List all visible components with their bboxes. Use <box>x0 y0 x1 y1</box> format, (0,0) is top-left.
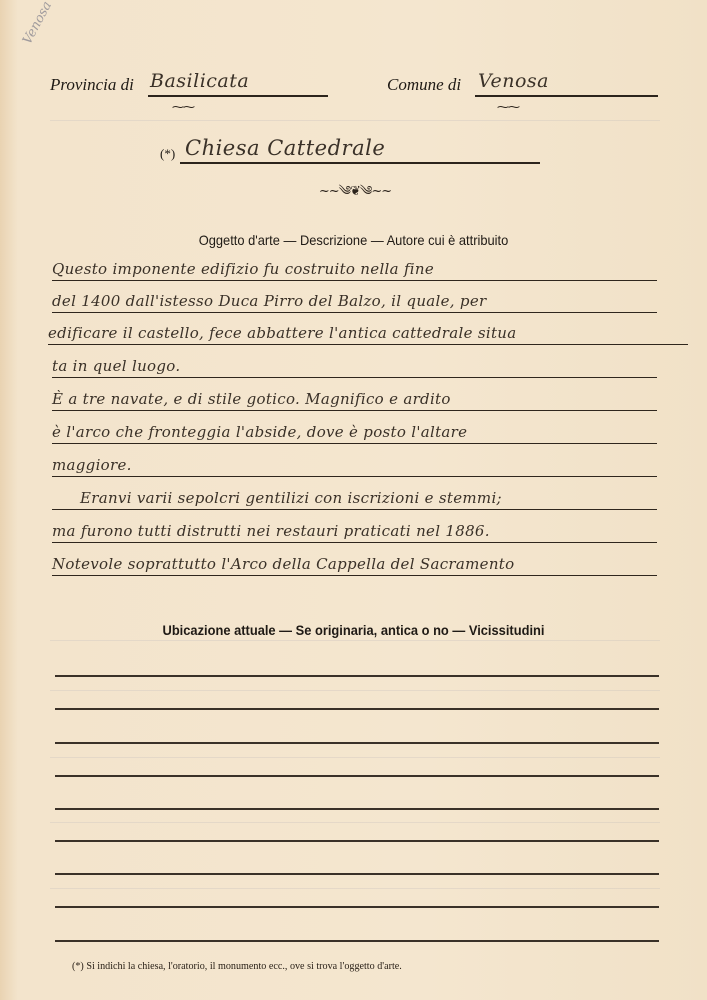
description-line: ma furono tutti distrutti nei restauri p… <box>52 520 657 543</box>
section-title-description: Oggetto d'arte — Descrizione — Autore cu… <box>28 232 678 248</box>
description-line: del 1400 dall'istesso Duca Pirro del Bal… <box>52 290 657 313</box>
comune-value: Venosa <box>478 70 549 92</box>
background-rule <box>50 120 660 121</box>
provincia-value: Basilicata <box>150 70 249 92</box>
description-line: È a tre navate, e di stile gotico. Magni… <box>52 388 657 411</box>
blank-writing-line <box>55 742 659 744</box>
footnote: (*) Si indichi la chiesa, l'oratorio, il… <box>72 960 402 972</box>
background-rule <box>50 757 660 758</box>
location-underline <box>180 162 540 164</box>
blank-writing-line <box>55 906 659 908</box>
provincia-underline <box>148 95 328 97</box>
pencil-annotation: Venosa <box>20 0 55 47</box>
description-line: maggiore. <box>52 454 657 477</box>
description-line: ta in quel luogo. <box>52 355 657 378</box>
description-line: Notevole soprattutto l'Arco della Cappel… <box>52 553 657 576</box>
swirl-ornament: ⁓⁓ <box>497 100 519 114</box>
background-rule <box>50 888 660 889</box>
blank-writing-line <box>55 808 659 810</box>
swirl-ornament: ⁓⁓ <box>172 100 194 114</box>
background-rule <box>50 822 660 823</box>
blank-writing-line <box>55 675 659 677</box>
background-rule <box>50 690 660 691</box>
blank-writing-line <box>55 775 659 777</box>
provincia-label: Provincia di <box>50 75 134 95</box>
location-marker: (*) <box>160 146 175 162</box>
description-line: Eranvi varii sepolcri gentilizi con iscr… <box>52 487 657 510</box>
comune-underline <box>475 95 658 97</box>
description-line: è l'arco che fronteggia l'abside, dove è… <box>52 421 657 444</box>
comune-label: Comune di <box>387 75 461 95</box>
section-title-location: Ubicazione attuale — Se originaria, anti… <box>28 622 678 638</box>
blank-writing-line <box>55 708 659 710</box>
blank-writing-line <box>55 940 659 942</box>
blank-writing-line <box>55 873 659 875</box>
document-page: Venosa Provincia di Basilicata ⁓⁓ Comune… <box>0 0 707 1000</box>
divider-ornament: ~~༄❦༄~~ <box>290 176 420 190</box>
description-line: edificare il castello, fece abbattere l'… <box>48 322 688 345</box>
location-value: Chiesa Cattedrale <box>185 136 385 160</box>
blank-writing-line <box>55 840 659 842</box>
background-rule <box>50 640 660 641</box>
description-line: Questo imponente edifizio fu costruito n… <box>52 258 657 281</box>
